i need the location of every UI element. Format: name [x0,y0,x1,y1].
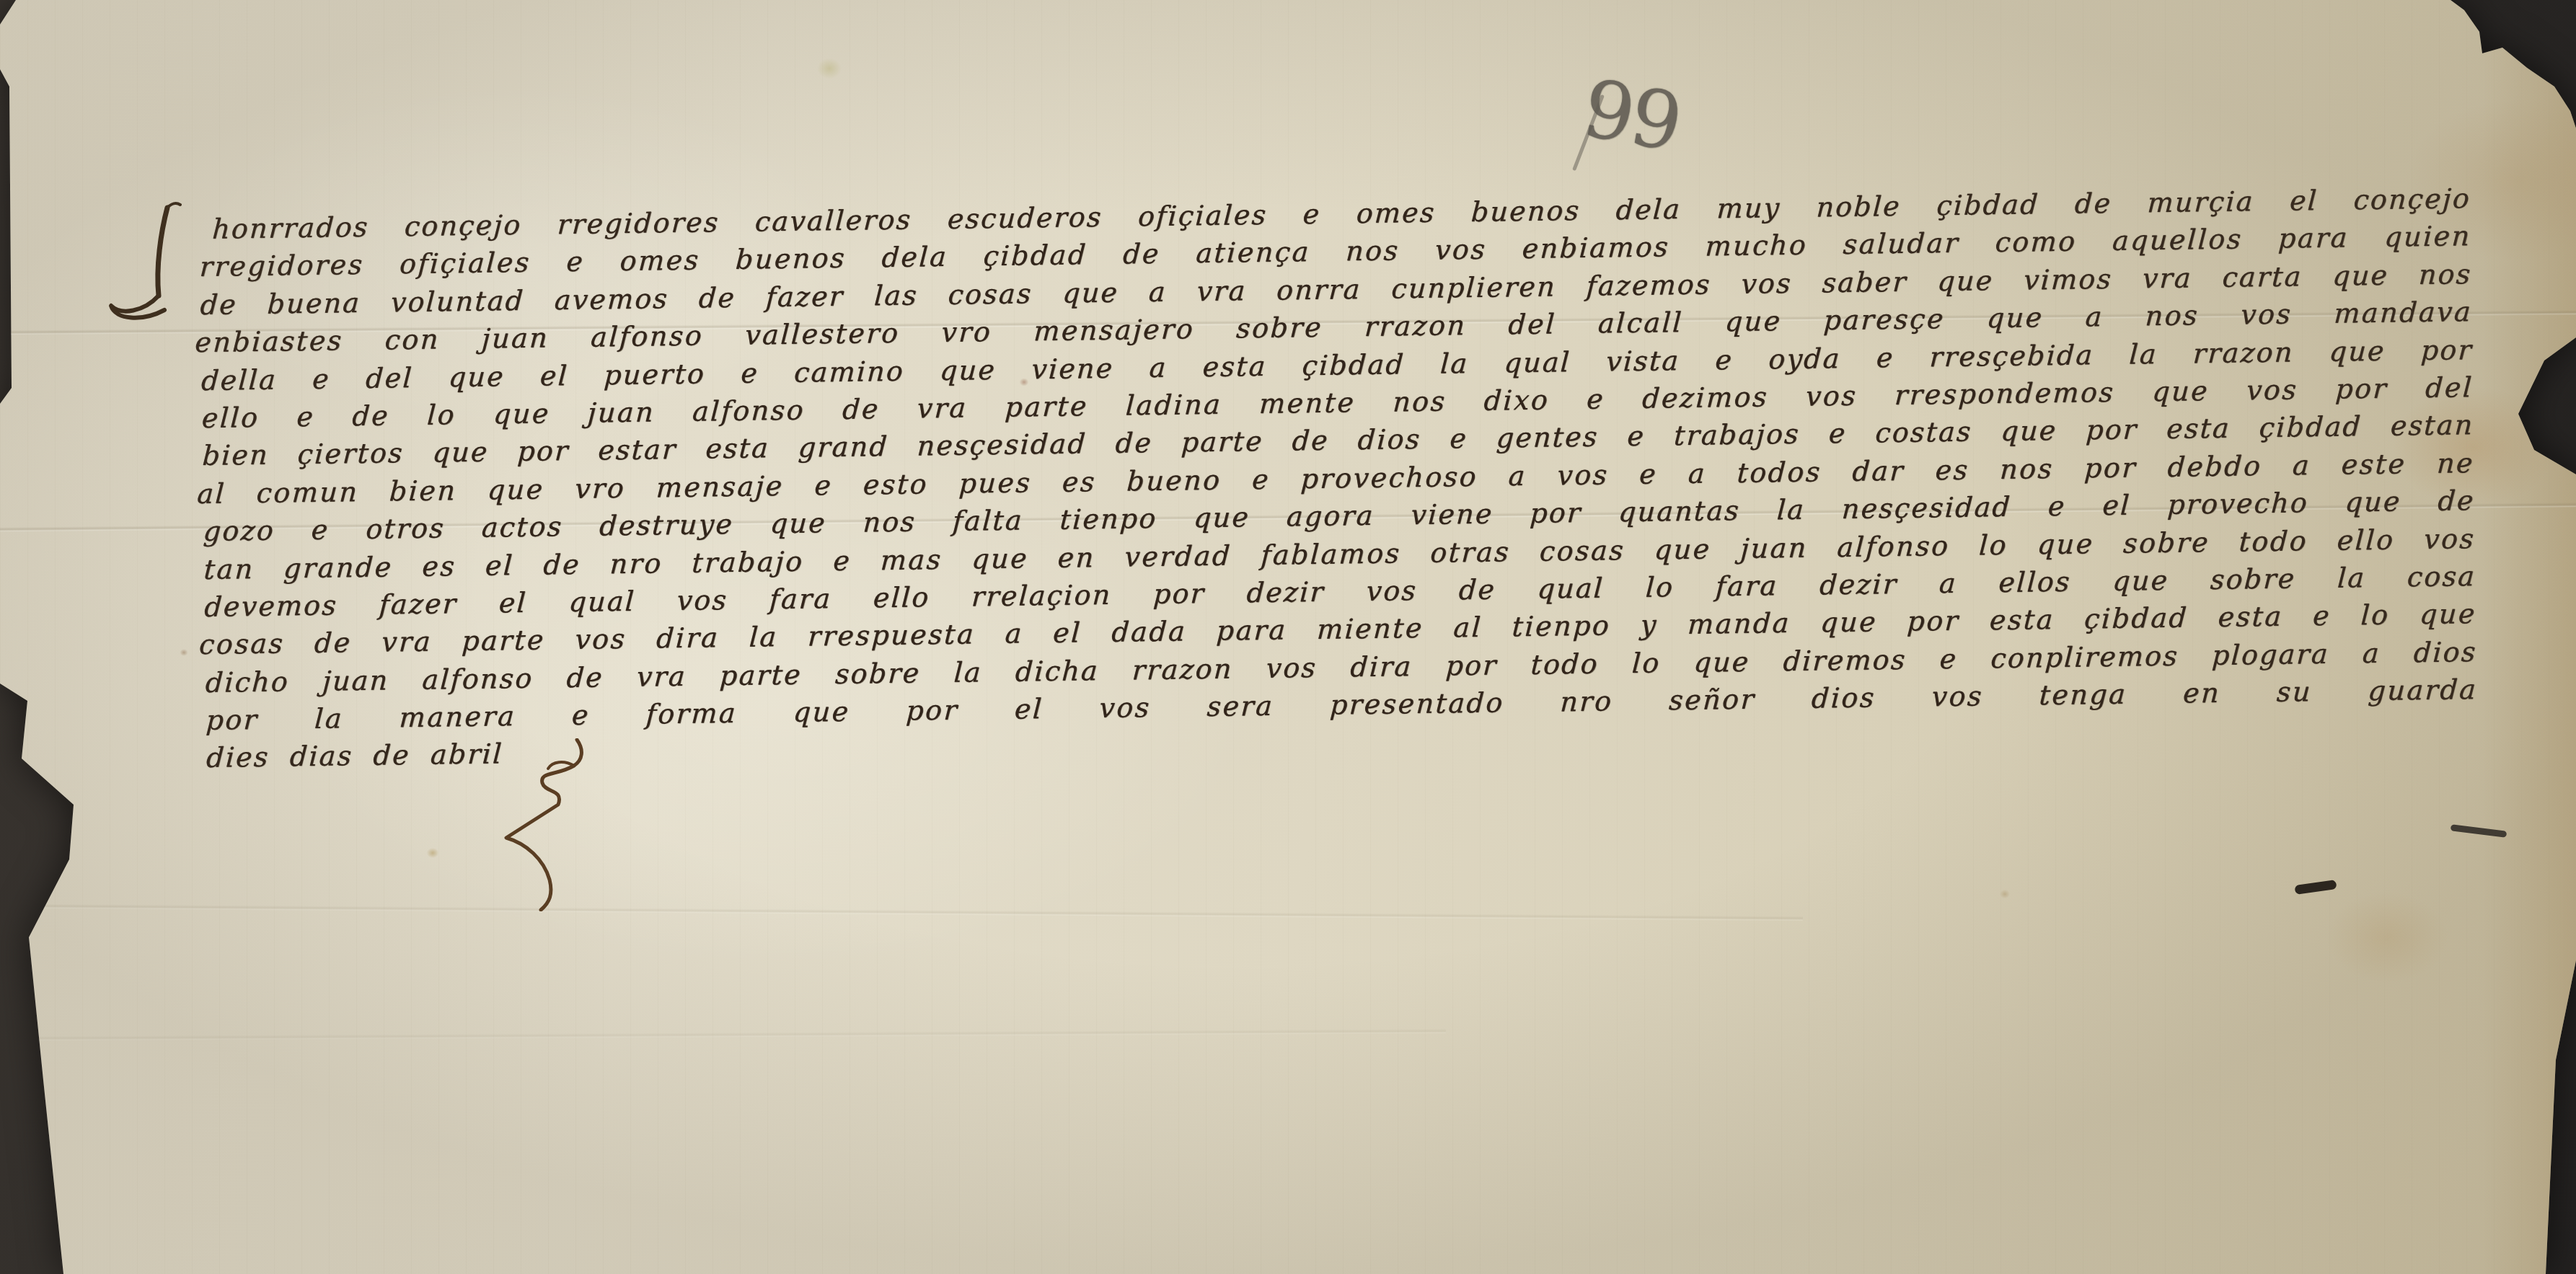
paraph-icon [101,200,195,337]
photograph-background: 99 honrrados conçejo rregidores cavaller… [0,0,2576,1274]
paper-slit-tear [2451,824,2507,837]
folio-number: 99 [1576,62,1686,169]
fold-crease-bottom [29,1029,1446,1041]
ink-speck [2294,880,2337,895]
rubric-flourish [469,738,627,911]
manuscript-text-block: honrrados conçejo rregidores cavalleros … [199,180,2478,777]
margin-paraph-mark [101,200,195,337]
fold-crease-lower [0,903,1803,921]
flourish-icon [469,738,627,911]
manuscript-paper: 99 honrrados conçejo rregidores cavaller… [0,0,2576,1274]
